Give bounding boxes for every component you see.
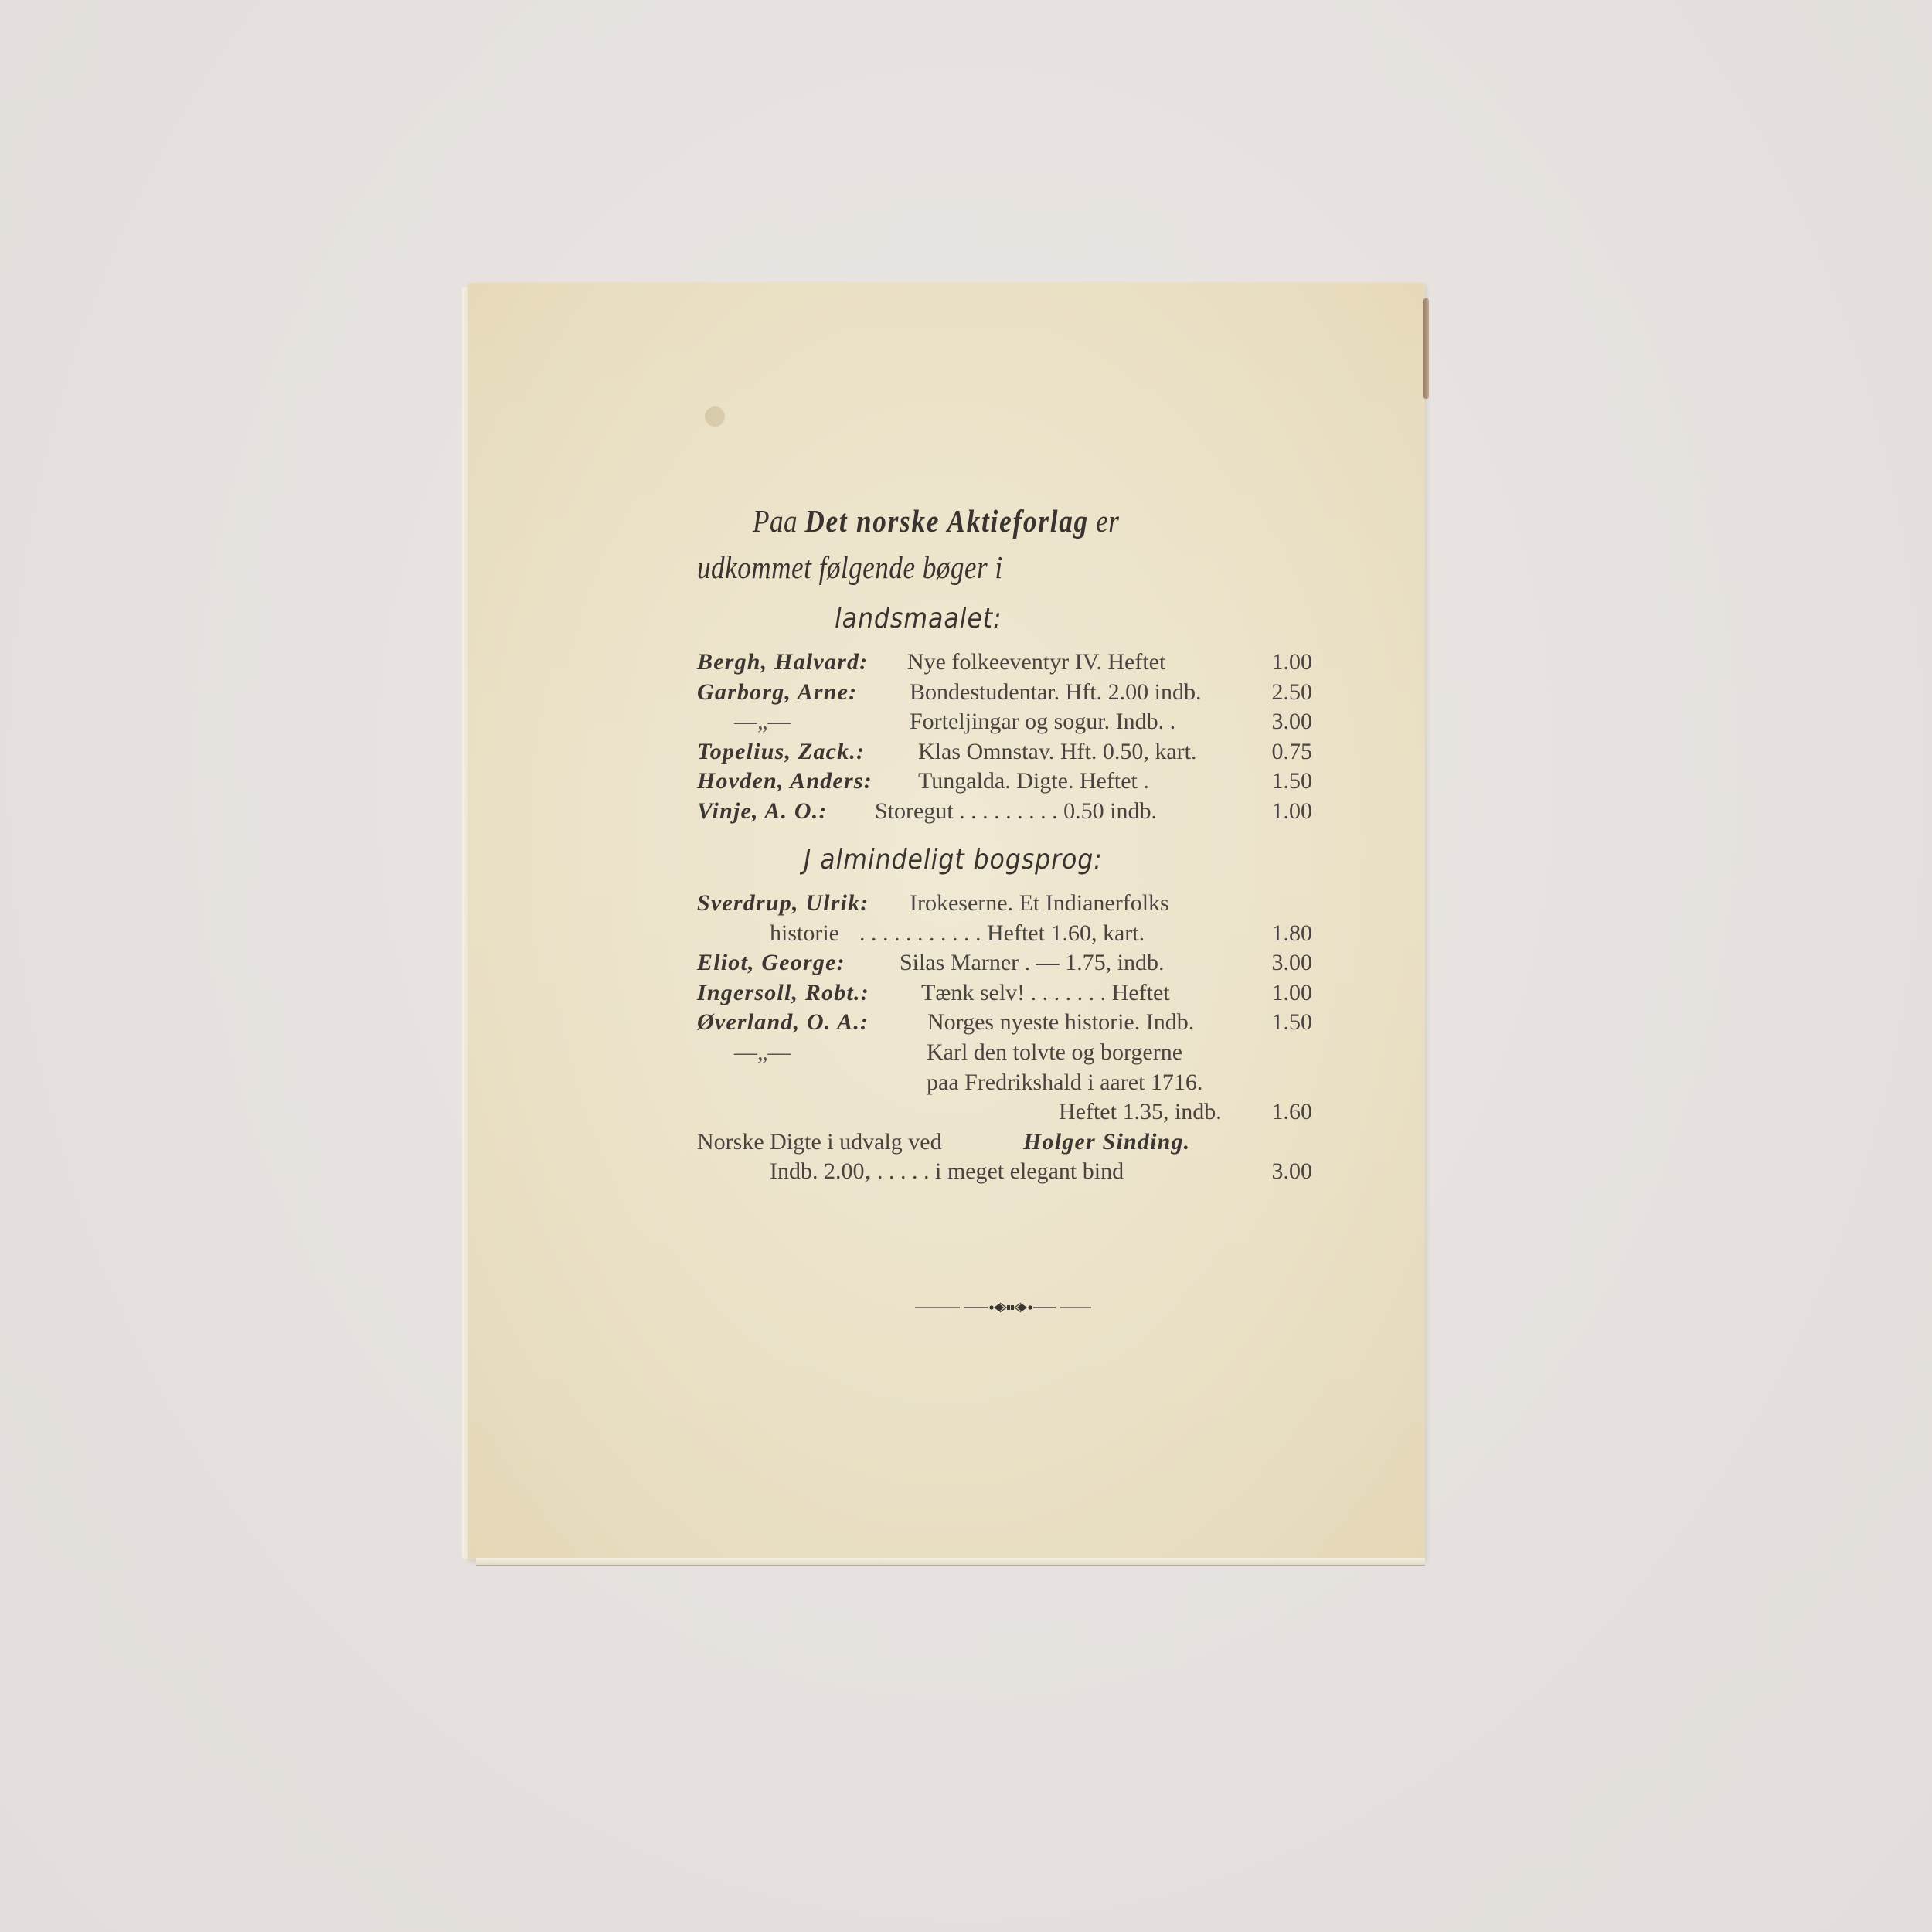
entry-title: Karl den tolvte og borgerne: [927, 1039, 1182, 1066]
catalog-entry: Norske Digte i udvalg vedHolger Sinding.: [697, 1129, 1312, 1158]
intro-line-2: udkommet følgende bøger i: [697, 549, 1003, 586]
catalog-entry: Øverland, O. A.:Norges nyeste historie. …: [697, 1009, 1312, 1039]
flourish-divider-icon: [912, 1298, 1094, 1317]
entry-title: . . . . . . i meget elegant bind: [866, 1158, 1124, 1185]
entry-title: Tænk selv! . . . . . . . Heftet: [921, 980, 1170, 1006]
entry-title: Klas Omnstav. Hft. 0.50, kart.: [918, 739, 1197, 765]
catalog-entry: Hovden, Anders:Tungalda. Digte. Heftet .…: [697, 768, 1312, 798]
entry-author: Sverdrup, Ulrik:: [697, 890, 869, 917]
entry-price: 2.50: [1272, 679, 1313, 706]
entry-price: 3.00: [1272, 1158, 1313, 1185]
intro-prefix: Paa: [753, 503, 798, 539]
catalog-entry: Vinje, A. O.:Storegut . . . . . . . . . …: [697, 798, 1312, 828]
ditto-mark: —„—: [734, 709, 791, 735]
catalog-entry: Eliot, George:Silas Marner . — 1.75, ind…: [697, 950, 1312, 979]
entry-price: 0.75: [1272, 739, 1313, 765]
catalog-entry: Ingersoll, Robt.:Tænk selv! . . . . . . …: [697, 980, 1312, 1009]
catalog-entry: historie. . . . . . . . . . . Heftet 1.6…: [697, 920, 1312, 950]
page-edge-bottom: [476, 1558, 1425, 1566]
entry-author: Garborg, Arne:: [697, 679, 857, 706]
catalog-entry: Sverdrup, Ulrik:Irokeserne. Et Indianerf…: [697, 890, 1312, 920]
catalog-entry: Garborg, Arne:Bondestudentar. Hft. 2.00 …: [697, 679, 1312, 709]
entry-price: 1.00: [1272, 649, 1313, 675]
entry-price: 1.50: [1272, 768, 1313, 794]
book-spine: [1423, 298, 1429, 399]
entry-title: Norges nyeste historie. Indb.: [927, 1009, 1194, 1036]
catalog-entry: Bergh, Halvard:Nye folkeeventyr IV. Heft…: [697, 649, 1312, 679]
entry-title: Tungalda. Digte. Heftet .: [918, 768, 1149, 794]
entry-title: . . . . . . . . . . . Heftet 1.60, kart.: [859, 920, 1145, 947]
catalog-entry: paa Fredrikshald i aaret 1716.: [697, 1070, 1312, 1099]
paper-stain: [705, 406, 725, 427]
entry-author: Bergh, Halvard:: [697, 649, 868, 675]
entry-continuation: Indb. 2.00,: [770, 1158, 870, 1185]
entry-price: 1.50: [1272, 1009, 1313, 1036]
catalog-entry: —„—Karl den tolvte og borgerne: [697, 1039, 1312, 1069]
catalog-entry: —„—Forteljingar og sogur. Indb. .3.00: [697, 709, 1312, 738]
entry-author: Øverland, O. A.:: [697, 1009, 869, 1036]
entry-editor: Holger Sinding.: [1023, 1129, 1190, 1155]
entry-title: paa Fredrikshald i aaret 1716.: [927, 1070, 1202, 1096]
entry-title: Irokeserne. Et Indianerfolks: [910, 890, 1169, 917]
entry-price: 3.00: [1272, 950, 1313, 976]
entry-title: Heftet 1.35, indb.: [1059, 1099, 1222, 1125]
catalog-entry: Topelius, Zack.:Klas Omnstav. Hft. 0.50,…: [697, 739, 1312, 768]
entry-price: 1.80: [1272, 920, 1313, 947]
entry-title: Nye folkeeventyr IV. Heftet: [907, 649, 1165, 675]
intro-suffix: er: [1096, 503, 1119, 539]
entry-title: Forteljingar og sogur. Indb. .: [910, 709, 1175, 735]
ditto-mark: —„—: [734, 1039, 791, 1066]
entry-price: 1.00: [1272, 798, 1313, 825]
section-heading-bogsprog: J almindeligt bogsprog:: [804, 844, 1103, 876]
entry-author: Ingersoll, Robt.:: [697, 980, 869, 1006]
section-heading-landsmaalet: landsmaalet:: [835, 603, 1002, 634]
entry-author: Vinje, A. O.:: [697, 798, 828, 825]
entry-title: Bondestudentar. Hft. 2.00 indb.: [910, 679, 1201, 706]
entry-price: 1.60: [1272, 1099, 1313, 1125]
intro-line-1: Paa Det norske Aktieforlag er: [753, 502, 1119, 539]
entry-author: Topelius, Zack.:: [697, 739, 865, 765]
entry-price: 3.00: [1272, 709, 1313, 735]
entry-title: Storegut . . . . . . . . . 0.50 indb.: [875, 798, 1157, 825]
entry-price: 1.00: [1272, 980, 1313, 1006]
entry-continuation: historie: [770, 920, 839, 947]
entry-author: Hovden, Anders:: [697, 768, 872, 794]
entry-author: Eliot, George:: [697, 950, 845, 976]
catalog-entry: Heftet 1.35, indb.1.60: [697, 1099, 1312, 1128]
publisher-name: Det norske Aktieforlag: [804, 503, 1089, 539]
entry-lead-text: Norske Digte i udvalg ved: [697, 1129, 942, 1155]
catalog-entry: Indb. 2.00,. . . . . . i meget elegant b…: [697, 1158, 1312, 1188]
page-edge-left: [462, 287, 468, 1559]
entry-title: Silas Marner . — 1.75, indb.: [900, 950, 1164, 976]
